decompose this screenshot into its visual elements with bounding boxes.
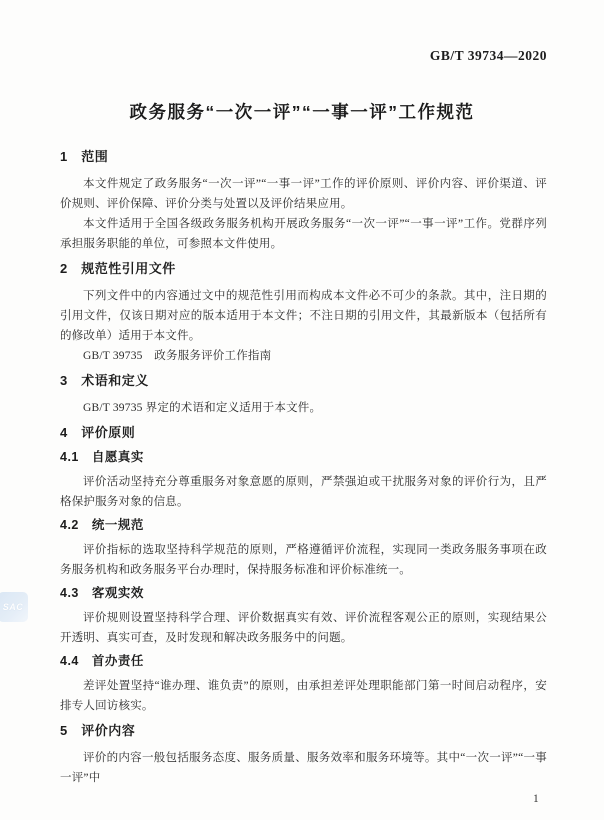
document-title: 政务服务“一次一评”“一事一评”工作规范 [0, 99, 604, 124]
paragraph-scope-2: 本文件适用于全国各级政务服务机构开展政务服务“一次一评”“一事一评”工作。党群序… [60, 214, 547, 254]
paragraph-voluntary: 评价活动坚持充分尊重服务对象意愿的原则，严禁强迫或干扰服务对象的评价行为，且严格… [60, 472, 547, 512]
sac-watermark-label: SAC [3, 602, 24, 612]
section-heading-scope: 1 范围 [60, 150, 547, 164]
paragraph-normative-references: 下列文件中的内容通过文中的规范性引用而构成本文件必不可少的条款。其中，注日期的引… [60, 286, 547, 346]
subsection-heading-objective: 4.3 客观实效 [60, 586, 547, 600]
paragraph-first-responsibility: 差评处置坚持“谁办理、谁负责”的原则，由承担差评处理职能部门第一时间启动程序，安… [60, 676, 547, 716]
paragraph-scope-1: 本文件规定了政务服务“一次一评”“一事一评”工作的评价原则、评价内容、评价渠道、… [60, 174, 547, 214]
section-heading-principles: 4 评价原则 [60, 426, 547, 440]
section-heading-evaluation-content: 5 评价内容 [60, 724, 547, 738]
reference-entry: GB/T 39735 政务服务评价工作指南 [60, 346, 547, 366]
subsection-heading-voluntary: 4.1 自愿真实 [60, 450, 547, 464]
paragraph-objective: 评价规则设置坚持科学合理、评价数据真实有效、评价流程客观公正的原则，实现结果公开… [60, 608, 547, 648]
paragraph-evaluation-content: 评价的内容一般包括服务态度、服务质量、服务效率和服务环境等。其中“一次一评”“一… [60, 748, 547, 788]
standard-number: GB/T 39734—2020 [430, 48, 547, 64]
page-number: 1 [533, 793, 539, 805]
sac-watermark-icon: SAC [0, 592, 28, 622]
paragraph-terms: GB/T 39735 界定的术语和定义适用于本文件。 [60, 398, 547, 418]
document-body: 1 范围 本文件规定了政务服务“一次一评”“一事一评”工作的评价原则、评价内容、… [60, 142, 547, 788]
subsection-heading-first-responsibility: 4.4 首办责任 [60, 654, 547, 668]
subsection-heading-unified: 4.2 统一规范 [60, 518, 547, 532]
section-heading-normative-references: 2 规范性引用文件 [60, 262, 547, 276]
document-page: GB/T 39734—2020 政务服务“一次一评”“一事一评”工作规范 1 范… [0, 0, 604, 820]
section-heading-terms: 3 术语和定义 [60, 374, 547, 388]
paragraph-unified: 评价指标的选取坚持科学规范的原则，严格遵循评价流程，实现同一类政务服务事项在政务… [60, 540, 547, 580]
